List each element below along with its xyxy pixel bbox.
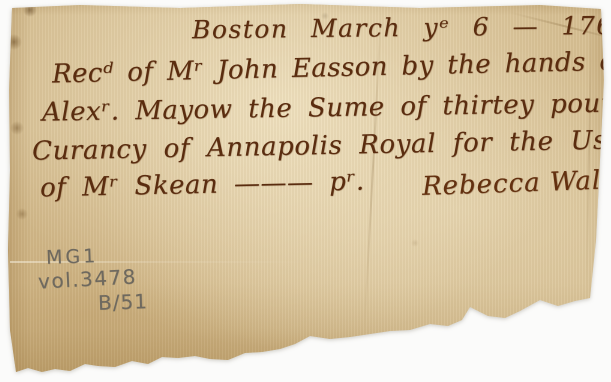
archival-code-line: B/51 xyxy=(98,289,149,315)
receipt-paper: Boston March yᵉ 6 — 1760 Recᵈ of Mʳ John… xyxy=(0,0,611,382)
receipt-line: of Mʳ Skean ——— pʳ. xyxy=(40,167,365,204)
paper-shadow: Boston March yᵉ 6 — 1760 Recᵈ of Mʳ John… xyxy=(0,0,611,382)
receipt-line: Recᵈ of Mʳ John Easson by the hands of xyxy=(52,46,611,89)
archival-code-line: MG1 xyxy=(46,245,99,269)
receipt-line: Alexʳ. Mayow the Sume of thirtey pound xyxy=(42,88,611,127)
dateline: Boston March yᵉ 6 — 1760 xyxy=(192,11,611,45)
signature: Rebecca Walton xyxy=(422,164,611,202)
scan-background: Boston March yᵉ 6 — 1760 Recᵈ of Mʳ John… xyxy=(0,0,611,382)
receipt-line: Curancy of Annapolis Royal for the Use xyxy=(32,125,611,166)
